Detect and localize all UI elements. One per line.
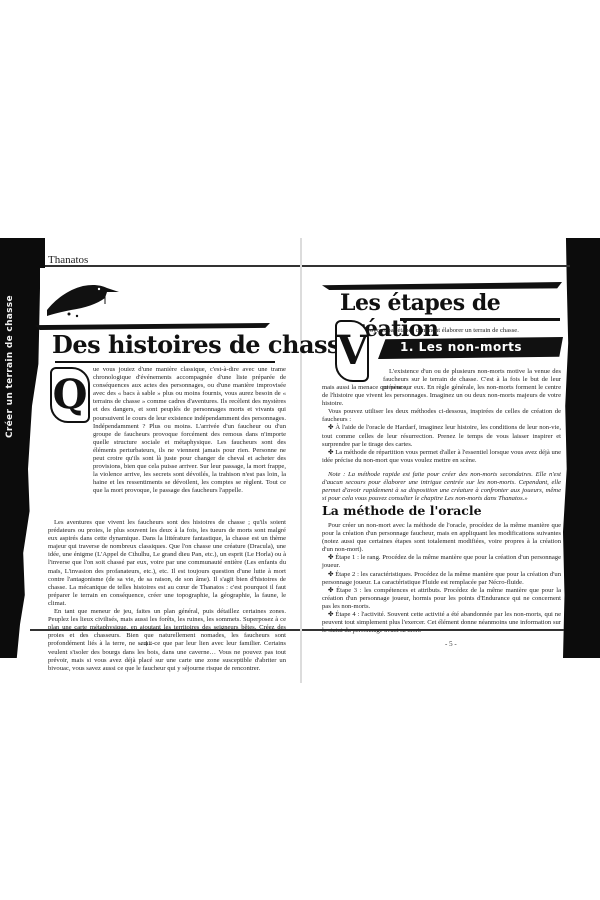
step-paragraph: ✤ Étape 2 : les caractéristiques. Procéd… <box>322 571 561 587</box>
side-tab-label: Créer un terrain de chasse <box>5 262 19 472</box>
note-paragraph: Note : La méthode rapide est faite pour … <box>322 471 561 503</box>
crow-illustration-icon <box>45 270 125 320</box>
bullet-paragraph: ✤ À l'aide de l'oracle de Hardarf, imagi… <box>322 424 561 448</box>
header-rule-right <box>302 265 570 267</box>
page-title-left: Des histoires de chasse <box>52 330 355 359</box>
paragraph: mais aussi la menace qui pèse sur eux. E… <box>322 384 561 408</box>
page-number-left: - 4 - <box>140 640 152 648</box>
body-text-right: mais aussi la menace qui pèse sur eux. E… <box>322 384 561 503</box>
paragraph: Les aventures que vivent les faucheurs s… <box>48 519 286 608</box>
intro-text-left: ue vous jouiez d'une manière classique, … <box>93 366 286 496</box>
title-underline-left <box>55 361 275 363</box>
intro-paragraph: ue vous jouiez d'une manière classique, … <box>93 366 286 496</box>
footer-rule-left <box>30 629 300 631</box>
paragraph: En tant que meneur de jeu, faites un pla… <box>48 608 286 673</box>
page-number-right: - 5 - <box>445 640 457 648</box>
body-text-left: Les aventures que vivent les faucheurs s… <box>48 519 286 673</box>
header-rule-left <box>45 265 300 267</box>
paragraph: Vous pouvez utiliser les deux méthodes c… <box>322 408 561 424</box>
subheading-oracle: La méthode de l'oracle <box>322 503 482 518</box>
footer-rule-right <box>302 629 564 631</box>
intro-text-right: oyons par étapes comment élaborer un ter… <box>370 327 560 335</box>
paragraph: Pour créer un non-mort avec la méthode d… <box>322 522 561 554</box>
bullet-paragraph: ✤ La méthode de répartition vous permet … <box>322 449 561 465</box>
step-paragraph: ✤ Étape 1 : le rang. Procédez de la même… <box>322 554 561 570</box>
page-gutter <box>300 238 302 683</box>
oracle-text: Pour créer un non-mort avec la méthode d… <box>322 522 561 635</box>
intro-paragraph: oyons par étapes comment élaborer un ter… <box>370 327 560 335</box>
section-title: 1. Les non-morts <box>400 340 522 354</box>
step-paragraph: ✤ Étape 4 : l'activité. Souvent cette ac… <box>322 611 561 635</box>
title-underline-right <box>400 318 560 321</box>
dropcap-right: V <box>335 320 369 382</box>
dropcap-left: Q <box>50 367 90 423</box>
step-paragraph: ✤ Étape 3 : les compétences et attributs… <box>322 587 561 611</box>
